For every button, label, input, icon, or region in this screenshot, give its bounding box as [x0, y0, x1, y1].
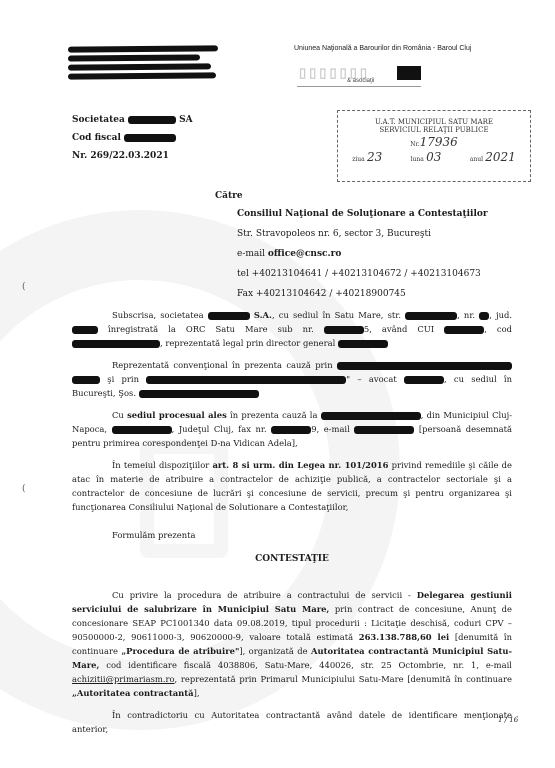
redaction: [124, 134, 176, 142]
text: cod identificare fiscală 4038806, Satu-M…: [106, 660, 512, 670]
text: " – avocat: [346, 374, 396, 384]
redaction: [354, 426, 414, 434]
logo-subtext: & asociaţii: [347, 78, 374, 84]
paragraph-procedural-address: Cu sediul procesual ales în prezenta cau…: [72, 408, 512, 450]
addressee-email-line: e-mail office@cnsc.ro: [237, 244, 488, 264]
email-label: e-mail: [237, 249, 265, 259]
redacted-letterhead: [68, 46, 218, 82]
redaction: [479, 312, 489, 320]
addressee-fax: Fax +40213104642 / +40218900745: [237, 284, 488, 304]
text: Subscrisa, societatea: [112, 310, 204, 320]
redaction: [72, 340, 160, 348]
paragraph-legal-basis: În temeiul dispoziţiilor art. 8 si urm. …: [72, 458, 512, 514]
text: , reprezentată legal prin director gener…: [160, 338, 335, 348]
stamp-month: 03: [426, 150, 441, 164]
text: înregistrată la ORC Satu Mare sub nr.: [108, 324, 314, 334]
text: , reprezentată prin Primarul Municipiulu…: [175, 674, 512, 684]
redaction: [444, 326, 484, 334]
text: , cu sediul în Satu Mare, str.: [272, 310, 401, 320]
reference-number: Nr. 269/22.03.2021: [72, 147, 193, 165]
text: Cu: [112, 410, 124, 420]
redaction: [405, 312, 457, 320]
redaction: [128, 116, 176, 124]
addressee-name: Consiliul Naţional de Soluţionare a Cont…: [237, 204, 488, 224]
text: ], organizată de: [239, 646, 307, 656]
paragraph-procedure: Cu privire la procedura de atribuire a c…: [72, 588, 512, 700]
redaction: [338, 340, 388, 348]
text: 263.138.788,60 lei: [359, 632, 449, 642]
redaction: [146, 376, 346, 384]
stamp-nr-label: Nr.: [410, 141, 419, 148]
document-title: CONTESTAŢIE: [72, 552, 512, 566]
redaction: [112, 426, 172, 434]
text: „Procedura de atribuire": [121, 646, 239, 656]
redaction: [271, 426, 311, 434]
stamp-line1: U.A.T. MUNICIPIUL SATU MARE: [338, 118, 530, 126]
sender-block: Societatea SA Cod fiscal Nr. 269/22.03.2…: [72, 111, 193, 165]
paragraph-contradictory: În contradictoriu cu Autoritatea contrac…: [72, 708, 512, 736]
text: , Judeţul Cluj, fax nr.: [172, 424, 267, 434]
text: şi prin: [107, 374, 139, 384]
stamp-line2: SERVICIUL RELAŢII PUBLICE: [338, 126, 530, 134]
text: În temeiul dispoziţiilor: [112, 460, 209, 470]
law-firm-logo: ▯▯▯▯▯▯▯ & asociaţii: [297, 66, 421, 87]
redaction: [324, 326, 364, 334]
addressee-tel: tel +40213104641 / +40213104672 / +40213…: [237, 264, 488, 284]
text: ],: [194, 688, 200, 698]
text: 5, având CUI: [364, 324, 434, 334]
stamp-day-label: ziua: [352, 156, 365, 163]
redaction: [139, 390, 259, 398]
to-label: Către: [215, 186, 243, 206]
authority-email-link[interactable]: achizitii@primariasm.ro: [72, 674, 175, 684]
redaction: [321, 412, 421, 420]
text: S.A.: [254, 310, 272, 320]
text: sediul procesual ales: [127, 410, 227, 420]
registration-stamp: U.A.T. MUNICIPIUL SATU MARE SERVICIUL RE…: [337, 110, 531, 182]
document-body: Subscrisa, societatea S.A., cu sediul în…: [72, 308, 512, 744]
sender-fiscal-code: Cod fiscal: [72, 129, 193, 147]
addressee-email[interactable]: office@cnsc.ro: [268, 249, 341, 259]
company-suffix: SA: [179, 115, 192, 125]
company-label: Societatea: [72, 115, 125, 125]
text: , jud.: [489, 310, 512, 320]
text: , nr.: [457, 310, 475, 320]
text: 9, e-mail: [311, 424, 350, 434]
redaction: [208, 312, 250, 320]
paragraph-representation: Reprezentată convenţional în prezenta ca…: [72, 358, 512, 400]
scan-mark: (: [22, 484, 26, 494]
redaction: [337, 362, 512, 370]
scan-mark: (: [22, 282, 26, 292]
stamp-year-label: anul: [470, 156, 483, 163]
redaction: [404, 376, 444, 384]
redaction: [72, 376, 100, 384]
stamp-year: 2021: [485, 150, 516, 164]
paragraph-party: Subscrisa, societatea S.A., cu sediul în…: [72, 308, 512, 350]
addressee-address: Str. Stravopoleos nr. 6, sector 3, Bucur…: [237, 224, 488, 244]
fiscal-label: Cod fiscal: [72, 133, 121, 143]
text: Cu privire la procedura de atribuire a c…: [112, 590, 411, 600]
bar-association-name: Uniunea Naţională a Barourilor din Român…: [294, 45, 471, 52]
text: , cod: [484, 324, 512, 334]
redaction: [72, 326, 98, 334]
paragraph-formulate: Formulăm prezenta: [72, 528, 512, 542]
stamp-day: 23: [367, 150, 382, 164]
text: „Autoritatea contractantă: [72, 688, 194, 698]
redacted-logo-box: [397, 66, 421, 80]
text: în prezenta cauză la: [230, 410, 317, 420]
sender-company: Societatea SA: [72, 111, 193, 129]
page-number: 1 / 16: [498, 716, 518, 724]
stamp-month-label: luna: [411, 156, 424, 163]
text: art. 8 si urm. din Legea nr. 101/2016: [212, 460, 388, 470]
stamp-nr-value: 17936: [420, 135, 458, 149]
text: Reprezentată convenţional în prezenta ca…: [112, 360, 333, 370]
